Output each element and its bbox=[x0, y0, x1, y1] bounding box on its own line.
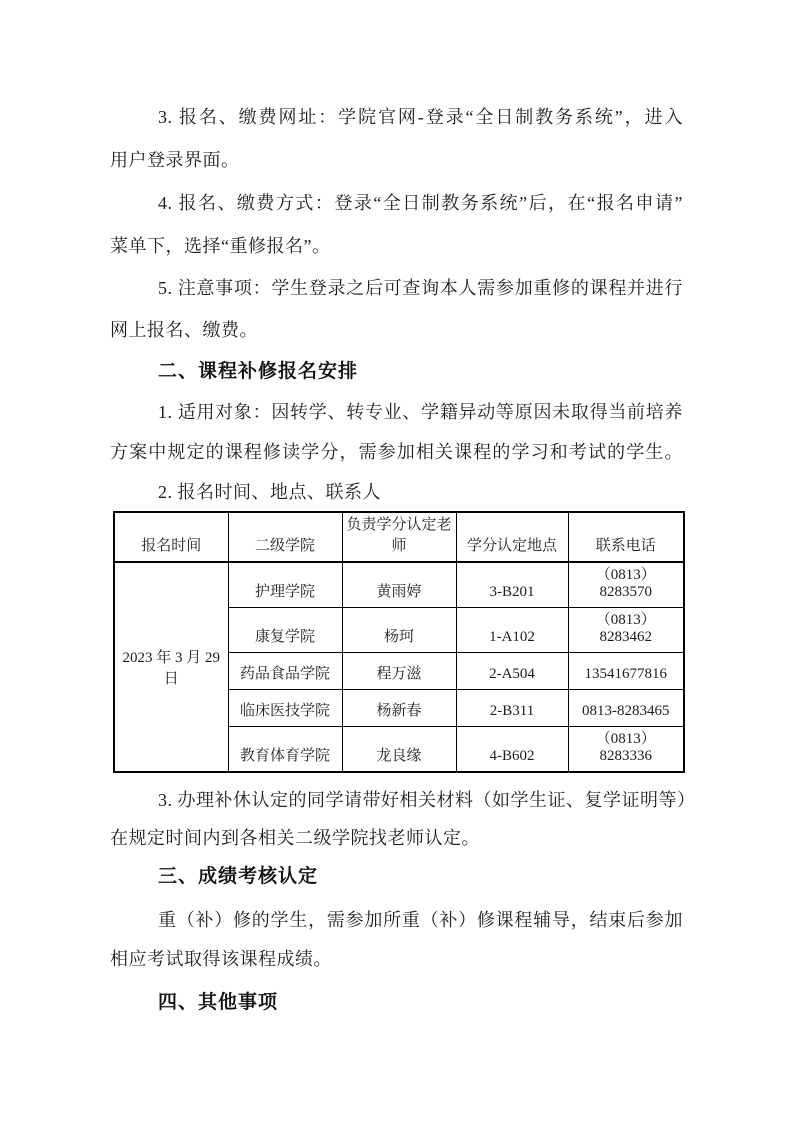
location-cell: 1-A102 bbox=[456, 608, 568, 653]
column-header: 报名时间 bbox=[114, 512, 228, 562]
column-header: 负责学分认定老师 bbox=[342, 512, 456, 562]
phone-cell: （0813）8283336 bbox=[568, 727, 684, 773]
document-page: 3. 报名、缴费网址：学院官网-登录“全日制教务系统”，进入用户登录界面。4. … bbox=[0, 0, 793, 1122]
phone-cell: 0813-8283465 bbox=[568, 690, 684, 727]
phone-cell: （0813）8283462 bbox=[568, 608, 684, 653]
teacher-cell: 程万滋 bbox=[342, 653, 456, 690]
body-line: 相应考试取得该课程成绩。 bbox=[110, 946, 683, 972]
college-cell: 临床医技学院 bbox=[228, 690, 342, 727]
location-cell: 2-A504 bbox=[456, 653, 568, 690]
teacher-cell: 黄雨婷 bbox=[342, 562, 456, 608]
body-line: 网上报名、缴费。 bbox=[110, 317, 683, 343]
column-header: 联系电话 bbox=[568, 512, 684, 562]
column-header: 学分认定地点 bbox=[456, 512, 568, 562]
body-line: 5. 注意事项：学生登录之后可查询本人需参加重修的课程并进行 bbox=[110, 275, 683, 301]
location-cell: 3-B201 bbox=[456, 562, 568, 608]
phone-cell: 13541677816 bbox=[568, 653, 684, 690]
section-heading: 四、其他事项 bbox=[110, 990, 683, 1016]
body-line: 2. 报名时间、地点、联系人 bbox=[110, 479, 683, 505]
college-cell: 教育体育学院 bbox=[228, 727, 342, 773]
body-line: 方案中规定的课程修读学分，需参加相关课程的学习和考试的学生。 bbox=[110, 439, 683, 465]
body-line: 3. 办理补休认定的同学请带好相关材料（如学生证、复学证明等） bbox=[110, 787, 683, 813]
column-header: 二级学院 bbox=[228, 512, 342, 562]
registration-table-body: 2023 年 3 月 29 日护理学院黄雨婷3-B201（0813）828357… bbox=[114, 562, 684, 772]
body-line: 菜单下，选择“重修报名”。 bbox=[110, 233, 683, 259]
body-line: 3. 报名、缴费网址：学院官网-登录“全日制教务系统”，进入 bbox=[110, 104, 683, 130]
teacher-cell: 杨新春 bbox=[342, 690, 456, 727]
teacher-cell: 龙良缘 bbox=[342, 727, 456, 773]
college-cell: 护理学院 bbox=[228, 562, 342, 608]
body-line: 重（补）修的学生，需参加所重（补）修课程辅导，结束后参加 bbox=[110, 907, 683, 933]
table-row: 2023 年 3 月 29 日护理学院黄雨婷3-B201（0813）828357… bbox=[114, 562, 684, 608]
college-cell: 康复学院 bbox=[228, 608, 342, 653]
registration-table-header-row: 报名时间二级学院负责学分认定老师学分认定地点联系电话 bbox=[114, 512, 684, 562]
body-line: 在规定时间内到各相关二级学院找老师认定。 bbox=[110, 825, 683, 851]
body-line: 4. 报名、缴费方式：登录“全日制教务系统”后，在“报名申请” bbox=[110, 190, 683, 216]
location-cell: 4-B602 bbox=[456, 727, 568, 773]
phone-cell: （0813）8283570 bbox=[568, 562, 684, 608]
teacher-cell: 杨珂 bbox=[342, 608, 456, 653]
body-line: 用户登录界面。 bbox=[110, 147, 683, 173]
college-cell: 药品食品学院 bbox=[228, 653, 342, 690]
registration-table: 报名时间二级学院负责学分认定老师学分认定地点联系电话 2023 年 3 月 29… bbox=[113, 511, 685, 773]
section-heading: 三、成绩考核认定 bbox=[110, 864, 683, 890]
section-heading: 二、课程补修报名安排 bbox=[110, 359, 683, 385]
date-cell: 2023 年 3 月 29 日 bbox=[114, 562, 228, 772]
location-cell: 2-B311 bbox=[456, 690, 568, 727]
body-line: 1. 适用对象：因转学、转专业、学籍异动等原因未取得当前培养 bbox=[110, 399, 683, 425]
